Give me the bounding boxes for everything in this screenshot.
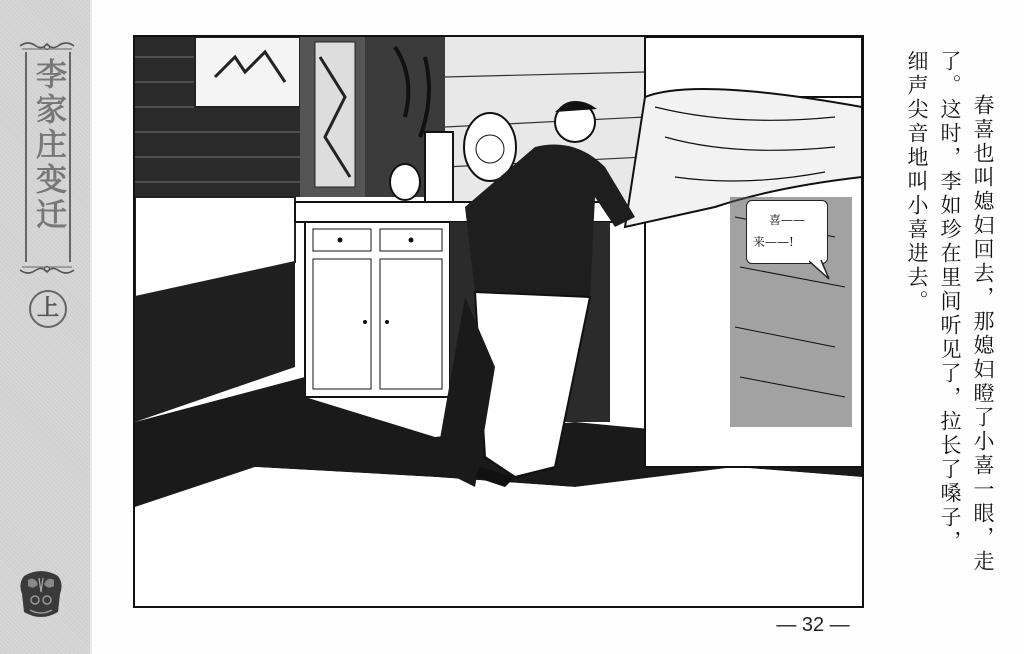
speech-line-2: 来——! [753,233,794,250]
comic-illustration-panel [133,35,864,608]
caption-column-1: 春喜也叫媳妇回去，那媳妇瞪了小喜一眼，走 [966,50,999,610]
book-title: 李家庄变迁 [27,58,69,233]
scroll-ornament-icon [18,264,76,276]
page-number: — 32 — [757,614,869,637]
speech-line-1: 喜—— [769,211,805,228]
scroll-ornament-icon [18,40,76,52]
title-frame: 李家庄变迁 [22,48,72,268]
opera-mask-emblem-icon [18,568,64,620]
caption-column-2: 了。这时，李如珍在里间听见了，拉长了嗓子， [933,50,966,610]
speech-bubble: 喜—— 来——! [746,200,828,264]
caption-text: 春喜也叫媳妇回去，那媳妇瞪了小喜一眼，走 了。这时，李如珍在里间听见了，拉长了嗓… [900,50,999,610]
interior-scene-illustration [135,37,862,606]
title-box: 李家庄变迁 [25,52,71,262]
volume-badge: 上 [29,290,67,328]
caption-column-3: 细声尖音地叫小喜进去。 [900,50,933,610]
speech-bubble-tail [809,259,831,281]
book-spine-sidebar: 李家庄变迁 上 [0,0,92,654]
